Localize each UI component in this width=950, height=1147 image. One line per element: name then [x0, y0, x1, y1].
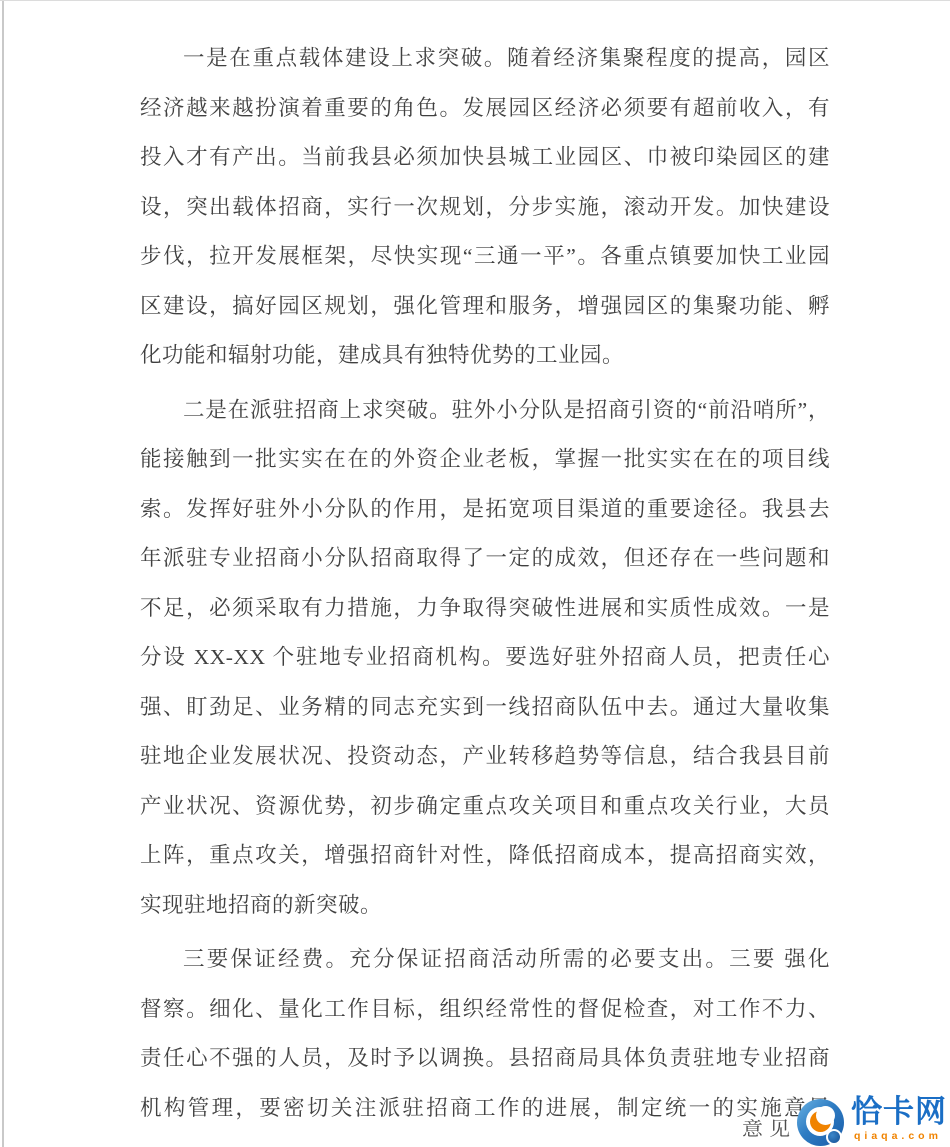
document-body: 一是在重点载体建设上求突破。随着经济集聚程度的提高，园区经济越来越扮演着重要的角… [140, 34, 830, 1133]
doc-line: 索。发挥好驻外小分队的作用，是拓宽项目渠道的重要途径。我县去 [140, 485, 830, 535]
watermark-site-url: qiaqa.com [854, 1130, 947, 1142]
doc-line: 产业状况、资源优势，初步确定重点攻关项目和重点攻关行业，大员 [140, 782, 830, 832]
doc-line: 年派驻专业招商小分队招商取得了一定的成效，但还存在一些问题和 [140, 534, 830, 584]
clipped-text-fragment: 意见 [742, 1115, 796, 1142]
logo-orange-crescent [810, 1111, 831, 1132]
doc-line: 强、盯劲足、业务精的同志充实到一线招商队伍中去。通过大量收集 [140, 683, 830, 733]
watermark-logo: 恰卡网 qiaqa.com [797, 1095, 947, 1147]
doc-line: 督察。细化、量化工作目标，组织经常性的督促检查，对工作不力、 [140, 985, 830, 1035]
logo-handle-circle [826, 1129, 842, 1145]
doc-line: 设，突出载体招商，实行一次规划，分步实施，滚动开发。加快建设 [140, 183, 830, 233]
doc-line: 不足，必须采取有力措施，力争取得突破性进展和实质性成效。一是 [140, 584, 830, 634]
doc-line: 经济越来越扮演着重要的角色。发展园区经济必须要有超前收入，有 [140, 84, 830, 134]
paragraph: 一是在重点载体建设上求突破。随着经济集聚程度的提高，园区经济越来越扮演着重要的角… [140, 34, 830, 381]
document-page: { "page": { "background": "#ffffff", "te… [0, 0, 950, 1147]
doc-line: 能接触到一批实实在在的外资企业老板，掌握一批实实在在的项目线 [140, 435, 830, 485]
paragraph: 三要保证经费。充分保证招商活动所需的必要支出。三要 强化督察。细化、量化工作目标… [140, 935, 830, 1133]
doc-line: 三要保证经费。充分保证招商活动所需的必要支出。三要 强化 [140, 935, 830, 985]
doc-line: 实现驻地招商的新突破。 [140, 881, 830, 931]
paragraph: 二是在派驻招商上求突破。驻外小分队是招商引资的“前沿哨所”，能接触到一批实实在在… [140, 386, 830, 931]
page-left-edge-line [2, 1, 4, 1147]
doc-line: 步伐，拉开发展框架，尽快实现“三通一平”。各重点镇要加快工业园 [140, 232, 830, 282]
doc-line: 上阵，重点攻关，增强招商针对性，降低招商成本，提高招商实效， [140, 831, 830, 881]
watermark-site-name: 恰卡网 [851, 1095, 947, 1129]
doc-line: 驻地企业发展状况、投资动态，产业转移趋势等信息，结合我县目前 [140, 732, 830, 782]
magnifier-q-icon [797, 1099, 849, 1147]
doc-line: 一是在重点载体建设上求突破。随着经济集聚程度的提高，园区 [140, 34, 830, 84]
doc-line: 化功能和辐射功能，建成具有独特优势的工业园。 [140, 331, 830, 381]
doc-line: 区建设，搞好园区规划，强化管理和服务，增强园区的集聚功能、孵 [140, 282, 830, 332]
doc-line: 二是在派驻招商上求突破。驻外小分队是招商引资的“前沿哨所”， [140, 386, 830, 436]
doc-line: 机构管理，要密切关注派驻招商工作的进展，制定统一的实施意见 [140, 1084, 830, 1134]
doc-line: 投入才有产出。当前我县必须加快县城工业园区、巾被印染园区的建 [140, 133, 830, 183]
doc-line: 分设 XX-XX 个驻地专业招商机构。要选好驻外招商人员，把责任心 [140, 633, 830, 683]
watermark-text-block: 恰卡网 qiaqa.com [851, 1095, 947, 1142]
doc-line: 责任心不强的人员，及时予以调换。县招商局具体负责驻地专业招商 [140, 1034, 830, 1084]
